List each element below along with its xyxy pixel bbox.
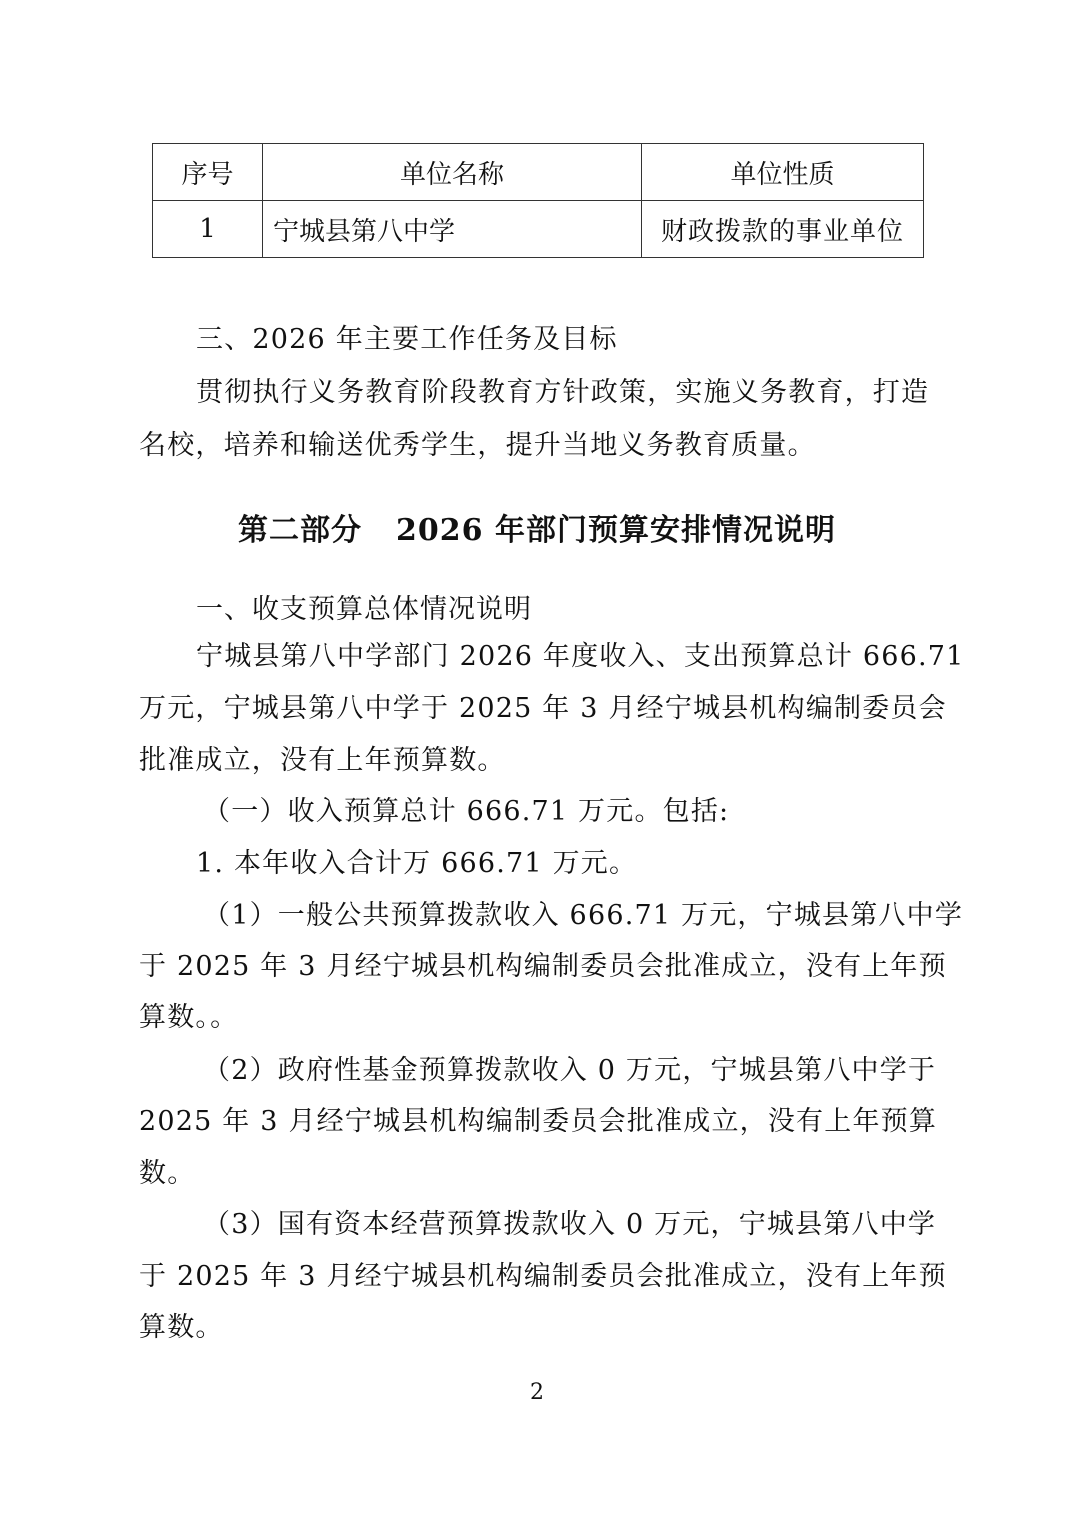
item1: 1. 本年收入合计万 666.71 万元。	[196, 847, 996, 881]
header-unit-name: 单位名称	[263, 144, 642, 201]
intro-line: 宁城县第八中学部门 2026 年度收入、支出预算总计 666.71	[196, 640, 996, 674]
table-header-row: 序号 单位名称 单位性质	[153, 144, 924, 201]
subsection1-heading: 一、收支预算总体情况说明	[196, 587, 532, 626]
section3-body-line: 贯彻执行义务教育阶段教育方针政策，实施义务教育，打造	[196, 376, 996, 410]
part2-title-part: 第二部分	[238, 513, 362, 548]
part2-title: 第二部分2026 年部门预算安排情况说明	[0, 505, 1074, 549]
sub3-line: （3）国有资本经营预算拨款收入 0 万元，宁城县第八中学	[203, 1208, 1003, 1242]
header-serial: 序号	[153, 144, 263, 201]
cell-serial: 1	[153, 201, 263, 258]
section3-body-line: 名校，培养和输送优秀学生，提升当地义务教育质量。	[139, 429, 939, 463]
sub2-line: 2025 年 3 月经宁城县机构编制委员会批准成立，没有上年预算	[139, 1105, 939, 1139]
page-number: 2	[0, 1380, 1074, 1405]
sub2-line: 数。	[139, 1157, 939, 1191]
part2-title-text: 2026 年部门预算安排情况说明	[396, 513, 836, 548]
unit-table: 序号 单位名称 单位性质 1 宁城县第八中学 财政拨款的事业单位	[152, 143, 924, 258]
sub1-line: （1）一般公共预算拨款收入 666.71 万元，宁城县第八中学	[203, 899, 1003, 933]
sub3-line: 于 2025 年 3 月经宁城县机构编制委员会批准成立，没有上年预	[139, 1260, 939, 1294]
sub3-line: 算数。	[139, 1311, 939, 1345]
header-unit-nature: 单位性质	[642, 144, 924, 201]
cell-unit-nature: 财政拨款的事业单位	[642, 201, 924, 258]
sub1-line: 于 2025 年 3 月经宁城县机构编制委员会批准成立，没有上年预	[139, 950, 939, 984]
table-row: 1 宁城县第八中学 财政拨款的事业单位	[153, 201, 924, 258]
section3-heading: 三、2026 年主要工作任务及目标	[196, 323, 996, 357]
sub2-line: （2）政府性基金预算拨款收入 0 万元，宁城县第八中学于	[203, 1054, 1003, 1088]
sub1-line: 算数。。	[139, 1001, 939, 1035]
cell-unit-name: 宁城县第八中学	[263, 201, 642, 258]
intro-line: 批准成立，没有上年预算数。	[139, 744, 939, 778]
income-total: （一）收入预算总计 666.71 万元。包括:	[203, 795, 1003, 829]
intro-line: 万元，宁城县第八中学于 2025 年 3 月经宁城县机构编制委员会	[139, 692, 939, 726]
